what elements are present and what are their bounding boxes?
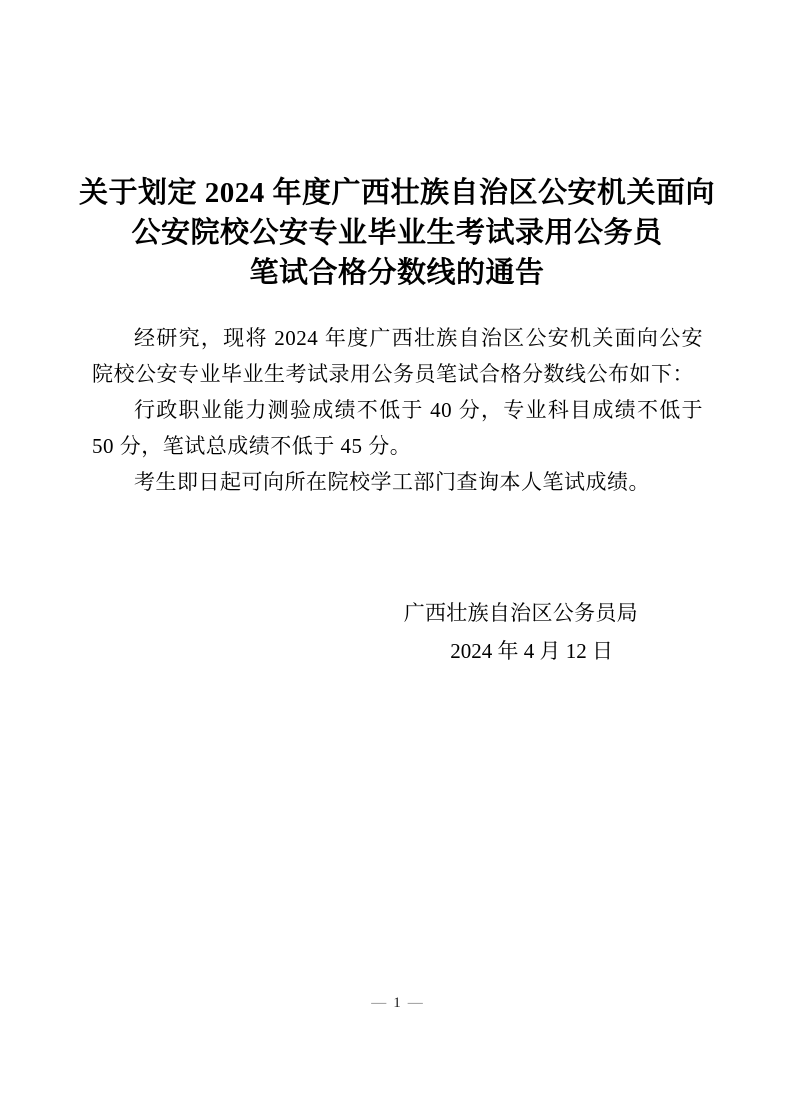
document-page: 关于划定 2024 年度广西壮族自治区公安机关面向 公安院校公安专业毕业生考试录… [0,0,794,1108]
title-line-3: 笔试合格分数线的通告 [0,253,794,293]
title-line-1: 关于划定 2024 年度广西壮族自治区公安机关面向 [0,173,794,213]
document-title: 关于划定 2024 年度广西壮族自治区公安机关面向 公安院校公安专业毕业生考试录… [0,173,794,293]
signature-issuer: 广西壮族自治区公务员局 [404,601,638,625]
footer-left-dash: — [371,995,386,1011]
page-number: 1 [393,995,401,1011]
document-body: 经研究，现将 2024 年度广西壮族自治区公安机关面向公安院校公安专业毕业生考试… [92,320,703,500]
title-line-2: 公安院校公安专业毕业生考试录用公务员 [0,213,794,253]
page-footer: —1— [0,993,794,1013]
signature-date: 2024 年 4 月 12 日 [450,639,613,663]
footer-right-dash: — [408,995,423,1011]
body-paragraph-query: 考生即日起可向所在院校学工部门查询本人笔试成绩。 [92,464,703,500]
body-paragraph-intro: 经研究，现将 2024 年度广西壮族自治区公安机关面向公安院校公安专业毕业生考试… [92,320,703,392]
body-paragraph-scores: 行政职业能力测验成绩不低于 40 分，专业科目成绩不低于 50 分，笔试总成绩不… [92,392,703,464]
